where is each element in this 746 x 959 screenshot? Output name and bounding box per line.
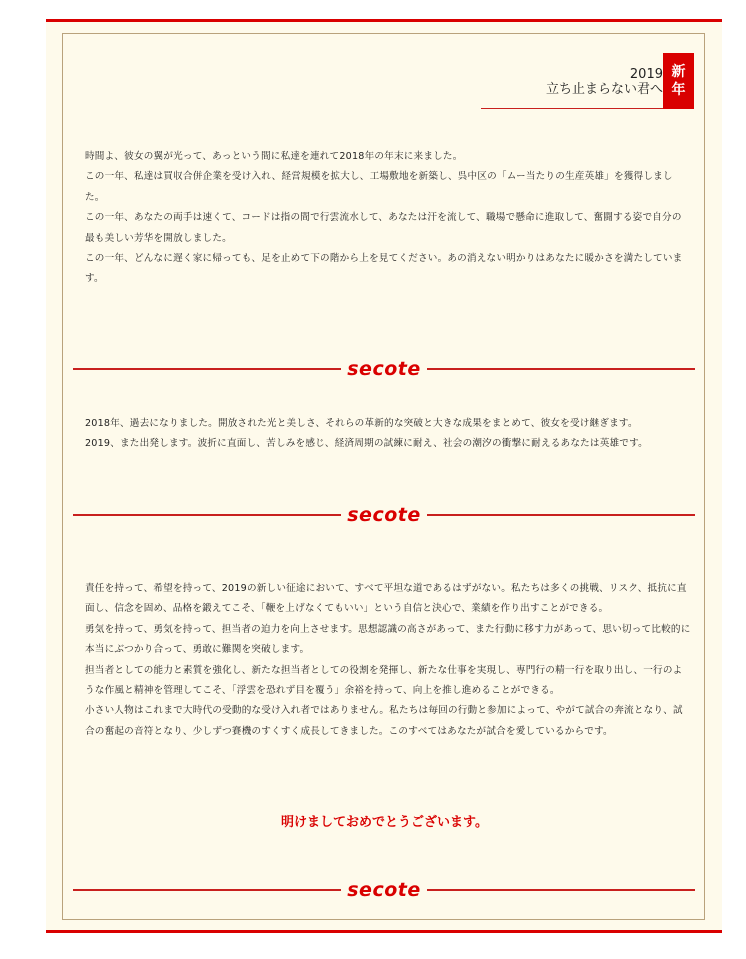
paragraph: 2018年、過去になりました。開放された光と美しさ、それらの革新的な突破と大きな… [85, 414, 691, 434]
greeting-text: 明けましておめでとうございます。 [63, 811, 706, 830]
logo-divider: secote [73, 878, 695, 902]
logo-divider: secote [73, 357, 695, 381]
divider-line-left [73, 514, 341, 516]
divider-line-left [73, 368, 341, 370]
section-2: 2018年、過去になりました。開放された光と美しさ、それらの革新的な突破と大きな… [85, 414, 691, 455]
secote-logo: secote [347, 357, 421, 381]
secote-logo: secote [347, 878, 421, 902]
section-3: 責任を持って、希望を持って、2019の新しい征途において、すべて平坦な道であるは… [85, 579, 691, 742]
divider-line-right [427, 889, 695, 891]
paragraph: この一年、どんなに遅く家に帰っても、足を止めて下の階から上を見てください。あの消… [85, 249, 691, 290]
badge-char-2: 年 [672, 81, 686, 99]
logo-divider: secote [73, 503, 695, 527]
divider-line-right [427, 368, 695, 370]
header-subtitle: 立ち止まらない君へ [481, 82, 663, 97]
paragraph: 2019、また出発します。波折に直面し、苦しみを感じ、経済周期の試練に耐え、社会… [85, 434, 691, 454]
paragraph: 担当者としての能力と素質を強化し、新たな担当者としての役割を発揮し、新たな仕事を… [85, 661, 691, 702]
header: 2019 立ち止まらない君へ 新 年 [481, 53, 694, 109]
divider-line-left [73, 889, 341, 891]
divider-line-right [427, 514, 695, 516]
badge-char-1: 新 [672, 63, 686, 81]
paragraph: 小さい人物はこれまで大時代の受動的な受け入れ者ではありません。私たちは毎回の行動… [85, 701, 691, 742]
paragraph: 責任を持って、希望を持って、2019の新しい征途において、すべて平坦な道であるは… [85, 579, 691, 620]
card-frame: 2019 立ち止まらない君へ 新 年 時間よ、彼女の翼が光って、あっという間に私… [62, 33, 705, 920]
header-text: 2019 立ち止まらない君へ [481, 53, 663, 109]
section-1: 時間よ、彼女の翼が光って、あっという間に私達を連れて2018年の年末に来ました。… [85, 147, 691, 290]
paragraph: この一年、私達は買収合併企業を受け入れ、経営規模を拡大し、工場敷地を新築し、呉中… [85, 167, 691, 208]
new-year-badge: 新 年 [663, 53, 694, 109]
header-year: 2019 [481, 67, 663, 82]
paragraph: 勇気を持って、勇気を持って、担当者の迫力を向上させます。思想認識の高さがあって、… [85, 620, 691, 661]
secote-logo: secote [347, 503, 421, 527]
paragraph: 時間よ、彼女の翼が光って、あっという間に私達を連れて2018年の年末に来ました。 [85, 147, 691, 167]
newyear-card: 2019 立ち止まらない君へ 新 年 時間よ、彼女の翼が光って、あっという間に私… [46, 19, 722, 933]
paragraph: この一年、あなたの両手は速くて、コードは指の間で行雲流水して、あなたは汗を流して… [85, 208, 691, 249]
